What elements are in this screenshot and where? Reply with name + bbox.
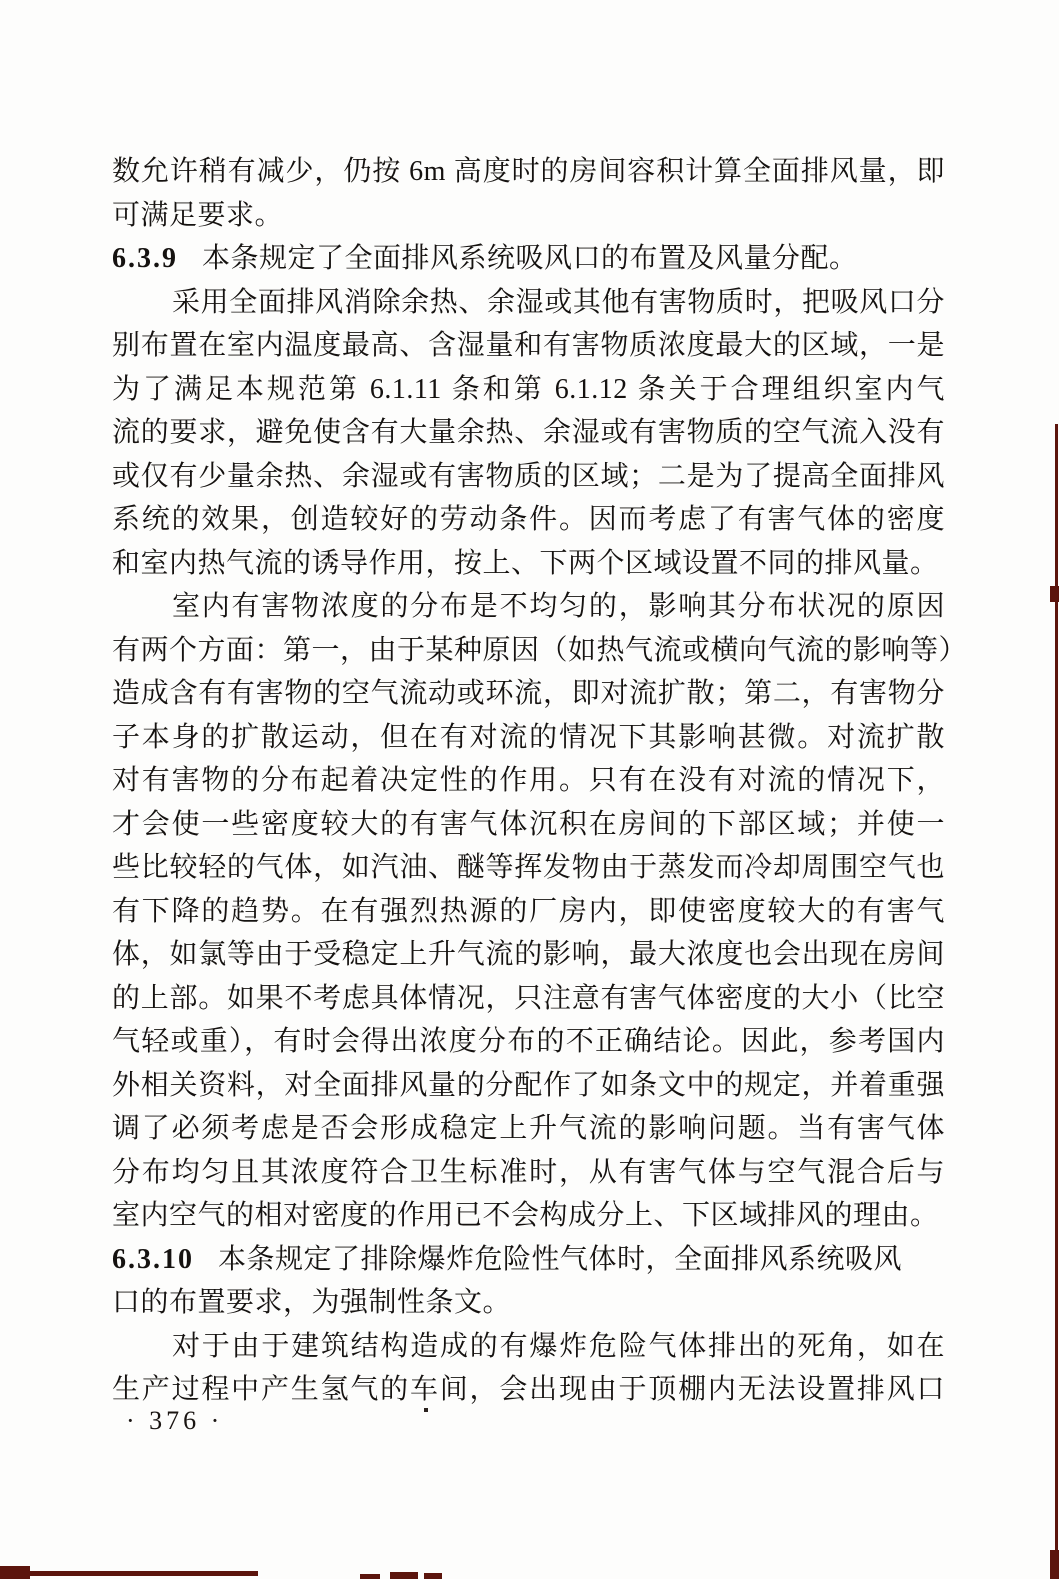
text-line: 6.3.10本条规定了排除爆炸危险性气体时，全面排风系统吸风	[112, 1238, 945, 1282]
scan-artifact-right-bottom-bar	[1050, 1550, 1059, 1579]
text-line: 外相关资料，对全面排风量的分配作了如条文中的规定，并着重强	[112, 1064, 945, 1108]
text-line: 室内有害物浓度的分布是不均匀的，影响其分布状况的原因	[112, 585, 945, 629]
text-line: 系统的效果，创造较好的劳动条件。因而考虑了有害气体的密度	[112, 498, 945, 542]
text-line: 造成含有有害物的空气流动或环流，即对流扩散；第二，有害物分	[112, 672, 945, 716]
section-number: 6.3.10	[112, 1244, 218, 1275]
text-line: 口的布置要求，为强制性条文。	[112, 1281, 945, 1325]
scan-artifact-bottom-glyph-fragment	[424, 1573, 442, 1579]
text-line: 采用全面排风消除余热、余湿或其他有害物质时，把吸风口分	[112, 281, 945, 325]
scan-artifact-speck	[424, 1408, 428, 1412]
body-text: 数允许稍有减少，仍按 6m 高度时的房间容积计算全面排风量，即 可满足要求。 6…	[112, 150, 945, 1412]
scanned-document-page: 数允许稍有减少，仍按 6m 高度时的房间容积计算全面排风量，即 可满足要求。 6…	[0, 0, 1059, 1579]
text-line: 别布置在室内温度最高、含湿量和有害物质浓度最大的区域，一是	[112, 324, 945, 368]
text-line: 室内空气的相对密度的作用已不会构成分上、下区域排风的理由。	[112, 1194, 945, 1238]
scan-artifact-bottom-glyph-fragment	[360, 1574, 380, 1579]
section-title-text: 本条规定了排除爆炸危险性气体时，全面排风系统吸风	[218, 1244, 902, 1275]
scan-artifact-bottom-rule-end	[0, 1566, 30, 1579]
text-line: 的上部。如果不考虑具体情况，只注意有害气体密度的大小（比空	[112, 977, 945, 1021]
text-line: 数允许稍有减少，仍按 6m 高度时的房间容积计算全面排风量，即	[112, 150, 945, 194]
text-line: 气轻或重），有时会得出浓度分布的不正确结论。因此，参考国内	[112, 1020, 945, 1064]
section-number: 6.3.9	[112, 243, 202, 274]
text-line: 对于由于建筑结构造成的有爆炸危险气体排出的死角，如在	[112, 1325, 945, 1369]
text-line: 调了必须考虑是否会形成稳定上升气流的影响问题。当有害气体	[112, 1107, 945, 1151]
section-title-text: 本条规定了全面排风系统吸风口的布置及风量分配。	[202, 243, 858, 274]
text-line: 才会使一些密度较大的有害气体沉积在房间的下部区域；并使一	[112, 803, 945, 847]
text-line: 生产过程中产生氢气的车间，会出现由于顶棚内无法设置排风口	[112, 1368, 945, 1412]
scan-artifact-bottom-glyph-fragment	[390, 1572, 418, 1579]
text-line: 流的要求，避免使含有大量余热、余湿或有害物质的空气流入没有	[112, 411, 945, 455]
text-line: 体，如氯等由于受稳定上升气流的影响，最大浓度也会出现在房间	[112, 933, 945, 977]
text-line: 或仅有少量余热、余湿或有害物质的区域；二是为了提高全面排风	[112, 455, 945, 499]
page-number: · 376 ·	[126, 1406, 223, 1436]
text-line: 子本身的扩散运动，但在有对流的情况下其影响甚微。对流扩散	[112, 716, 945, 760]
text-line: 6.3.9本条规定了全面排风系统吸风口的布置及风量分配。	[112, 237, 945, 281]
text-line: 分布均匀且其浓度符合卫生标准时，从有害气体与空气混合后与	[112, 1151, 945, 1195]
text-line: 有两个方面：第一，由于某种原因（如热气流或横向气流的影响等）	[112, 629, 945, 673]
text-line: 和室内热气流的诱导作用，按上、下两个区域设置不同的排风量。	[112, 542, 945, 586]
scan-artifact-right-edge-blob	[1050, 586, 1059, 602]
text-line: 可满足要求。	[112, 194, 945, 238]
text-line: 有下降的趋势。在有强烈热源的厂房内，即使密度较大的有害气	[112, 890, 945, 934]
text-line: 些比较轻的气体，如汽油、醚等挥发物由于蒸发而冷却周围空气也	[112, 846, 945, 890]
text-line: 对有害物的分布起着决定性的作用。只有在没有对流的情况下，	[112, 759, 945, 803]
scan-artifact-bottom-rule	[0, 1571, 258, 1576]
text-line: 为了满足本规范第 6.1.11 条和第 6.1.12 条关于合理组织室内气	[112, 368, 945, 412]
